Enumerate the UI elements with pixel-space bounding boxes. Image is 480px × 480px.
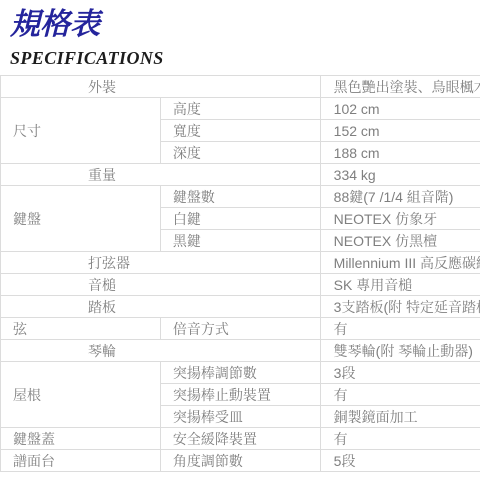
table-row: 重量334 kg — [1, 164, 480, 186]
table-row: 外裝黑色艷出塗裝、鳥眼楓木紋內框 — [1, 76, 480, 98]
spec-label-cell: 突揚棒受皿 — [160, 406, 320, 428]
spec-value-cell: 88鍵(7 /1/4 組音階) — [320, 186, 480, 208]
spec-category-cell: 屋根 — [1, 362, 161, 428]
spec-label-cell: 打弦器 — [1, 252, 321, 274]
spec-value-cell: 152 cm — [320, 120, 480, 142]
spec-value-cell: 102 cm — [320, 98, 480, 120]
page-header: 規格表 SPECIFICATIONS — [0, 0, 480, 68]
spec-category-cell: 譜面台 — [1, 450, 161, 472]
specifications-table-body: 外裝黑色艷出塗裝、鳥眼楓木紋內框尺寸高度102 cm寬度152 cm深度188 … — [1, 76, 480, 472]
spec-label-cell: 黑鍵 — [160, 230, 320, 252]
spec-label-cell: 外裝 — [1, 76, 321, 98]
spec-label-cell: 突揚棒調節數 — [160, 362, 320, 384]
spec-value-cell: 188 cm — [320, 142, 480, 164]
spec-value-cell: 3段 — [320, 362, 480, 384]
spec-label-cell: 重量 — [1, 164, 321, 186]
spec-label-cell: 踏板 — [1, 296, 321, 318]
table-row: 踏板3支踏板(附 特定延音踏板) — [1, 296, 480, 318]
spec-label-cell: 角度調節數 — [160, 450, 320, 472]
spec-value-cell: 銅製鏡面加工 — [320, 406, 480, 428]
spec-label-cell: 鍵盤數 — [160, 186, 320, 208]
spec-value-cell: Millennium III 高反應碳纖打弦器 — [320, 252, 480, 274]
spec-value-cell: 3支踏板(附 特定延音踏板) — [320, 296, 480, 318]
table-row: 音槌SK 專用音槌 — [1, 274, 480, 296]
spec-category-cell: 尺寸 — [1, 98, 161, 164]
page-title: 規格表 — [10, 8, 480, 42]
table-row: 鍵盤蓋安全緩降裝置有 — [1, 428, 480, 450]
specifications-table: 外裝黑色艷出塗裝、鳥眼楓木紋內框尺寸高度102 cm寬度152 cm深度188 … — [0, 75, 480, 472]
table-row: 鍵盤鍵盤數88鍵(7 /1/4 組音階) — [1, 186, 480, 208]
spec-label-cell: 深度 — [160, 142, 320, 164]
spec-label-cell: 安全緩降裝置 — [160, 428, 320, 450]
table-row: 打弦器Millennium III 高反應碳纖打弦器 — [1, 252, 480, 274]
spec-label-cell: 倍音方式 — [160, 318, 320, 340]
spec-value-cell: 黑色艷出塗裝、鳥眼楓木紋內框 — [320, 76, 480, 98]
spec-value-cell: 5段 — [320, 450, 480, 472]
spec-category-cell: 鍵盤蓋 — [1, 428, 161, 450]
spec-value-cell: 有 — [320, 384, 480, 406]
spec-label-cell: 白鍵 — [160, 208, 320, 230]
spec-category-cell: 弦 — [1, 318, 161, 340]
spec-category-cell: 鍵盤 — [1, 186, 161, 252]
table-row: 琴輪雙琴輪(附 琴輪止動器) — [1, 340, 480, 362]
spec-value-cell: 雙琴輪(附 琴輪止動器) — [320, 340, 480, 362]
spec-value-cell: NEOTEX 仿黑檀 — [320, 230, 480, 252]
spec-label-cell: 音槌 — [1, 274, 321, 296]
table-row: 譜面台角度調節數5段 — [1, 450, 480, 472]
spec-value-cell: 有 — [320, 428, 480, 450]
spec-value-cell: 有 — [320, 318, 480, 340]
table-row: 屋根突揚棒調節數3段 — [1, 362, 480, 384]
spec-label-cell: 琴輪 — [1, 340, 321, 362]
table-row: 弦倍音方式有 — [1, 318, 480, 340]
table-row: 尺寸高度102 cm — [1, 98, 480, 120]
spec-label-cell: 高度 — [160, 98, 320, 120]
page-subtitle: SPECIFICATIONS — [10, 48, 480, 68]
spec-label-cell: 寬度 — [160, 120, 320, 142]
spec-label-cell: 突揚棒止動裝置 — [160, 384, 320, 406]
spec-value-cell: SK 專用音槌 — [320, 274, 480, 296]
spec-value-cell: 334 kg — [320, 164, 480, 186]
spec-value-cell: NEOTEX 仿象牙 — [320, 208, 480, 230]
